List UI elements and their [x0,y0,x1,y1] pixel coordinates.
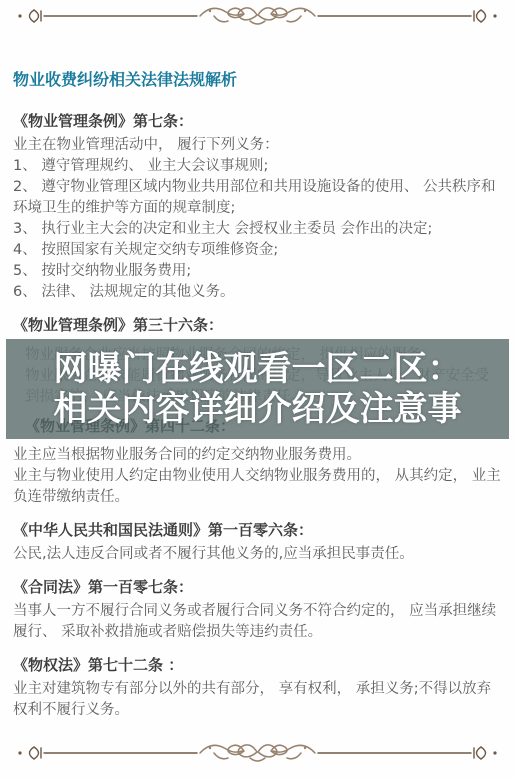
list-item: 2、 遵守物业管理区域内物业共用部位和共用设施设备的使用、 公共秩序和环境卫生的… [13,177,502,219]
section-heading-contract-law-107: 《合同法》第一百零七条： [13,579,502,595]
section-heading-property-law-72: 《物权法》第七十二条 ： [13,657,502,673]
scroll-flourish-icon [200,745,315,761]
list-item: 4、 按照国家有关规定交纳专项维修资金; [13,240,502,261]
section-heading-regulation-36: 《物业管理条例》第三十六条： [13,317,502,333]
paragraph: 业主应当根据物业服务合同的约定交纳物业服务费用。 [13,445,502,466]
ornamental-divider-icon [14,1,501,31]
article-page: 物业收费纠纷相关法律法规解析 《物业管理条例》第七条： 业主在物业管理活动中， … [0,0,515,779]
page-title: 物业收费纠纷相关法律法规解析 [13,70,502,89]
fleur-end-icon [318,747,497,759]
ornamental-divider-bottom [14,738,501,768]
fleur-end-icon [18,10,197,22]
scroll-flourish-icon [200,8,315,24]
paragraph: 业主对建筑物专有部分以外的共有部分， 享有权利， 承担义务;不得以放弃权利不履行… [13,679,502,721]
paragraph: 物业服务企业未能履行物业服务合同的约定，导致业主人身、财产安全受到损害的， 应当… [25,366,490,408]
paragraph: 公民,法人违反合同或者不履行其他义务的,应当承担民事责任。 [13,544,502,565]
section-heading-civil-law-106: 《中华人民共和国民法通则》第一百零六条： [13,522,502,538]
list-item: 1、 遵守管理规约、 业主大会议事规则; [13,156,502,177]
ornamental-divider-top [14,1,501,31]
fleur-end-icon [318,10,497,22]
paragraph: 业主在物业管理活动中， 履行下列义务： [13,135,502,156]
paragraph: 物业服务企业应当按照物业服务合同的约定， 提供相应的服务。 [25,345,490,366]
list-item: 6、 法律、 法规规定的其他义务。 [13,282,502,303]
article-content: 物业收费纠纷相关法律法规解析 《物业管理条例》第七条： 业主在物业管理活动中， … [13,70,502,721]
section-heading-regulation-7: 《物业管理条例》第七条： [13,113,502,129]
paragraph: 业主与物业使用人约定由物业使用人交纳物业服务费用的， 从其约定， 业主负连带缴纳… [13,466,502,508]
ornamental-divider-icon [14,738,501,768]
fleur-end-icon [18,747,197,759]
section-heading-regulation-42: 《物业管理条例》第四十二条： [25,418,490,434]
list-item: 3、 执行业主大会的决定和业主大 会授权业主委员 会作出的决定; [13,219,502,240]
paragraph: 当事人一方不履行合同义务或者履行合同义务不符合约定的， 应当承担继续履行、 采取… [13,601,502,643]
list-item: 5、 按时交纳物业服务费用; [13,261,502,282]
watermark-band: 物业服务企业应当按照物业服务合同的约定， 提供相应的服务。 物业服务企业未能履行… [6,339,509,439]
